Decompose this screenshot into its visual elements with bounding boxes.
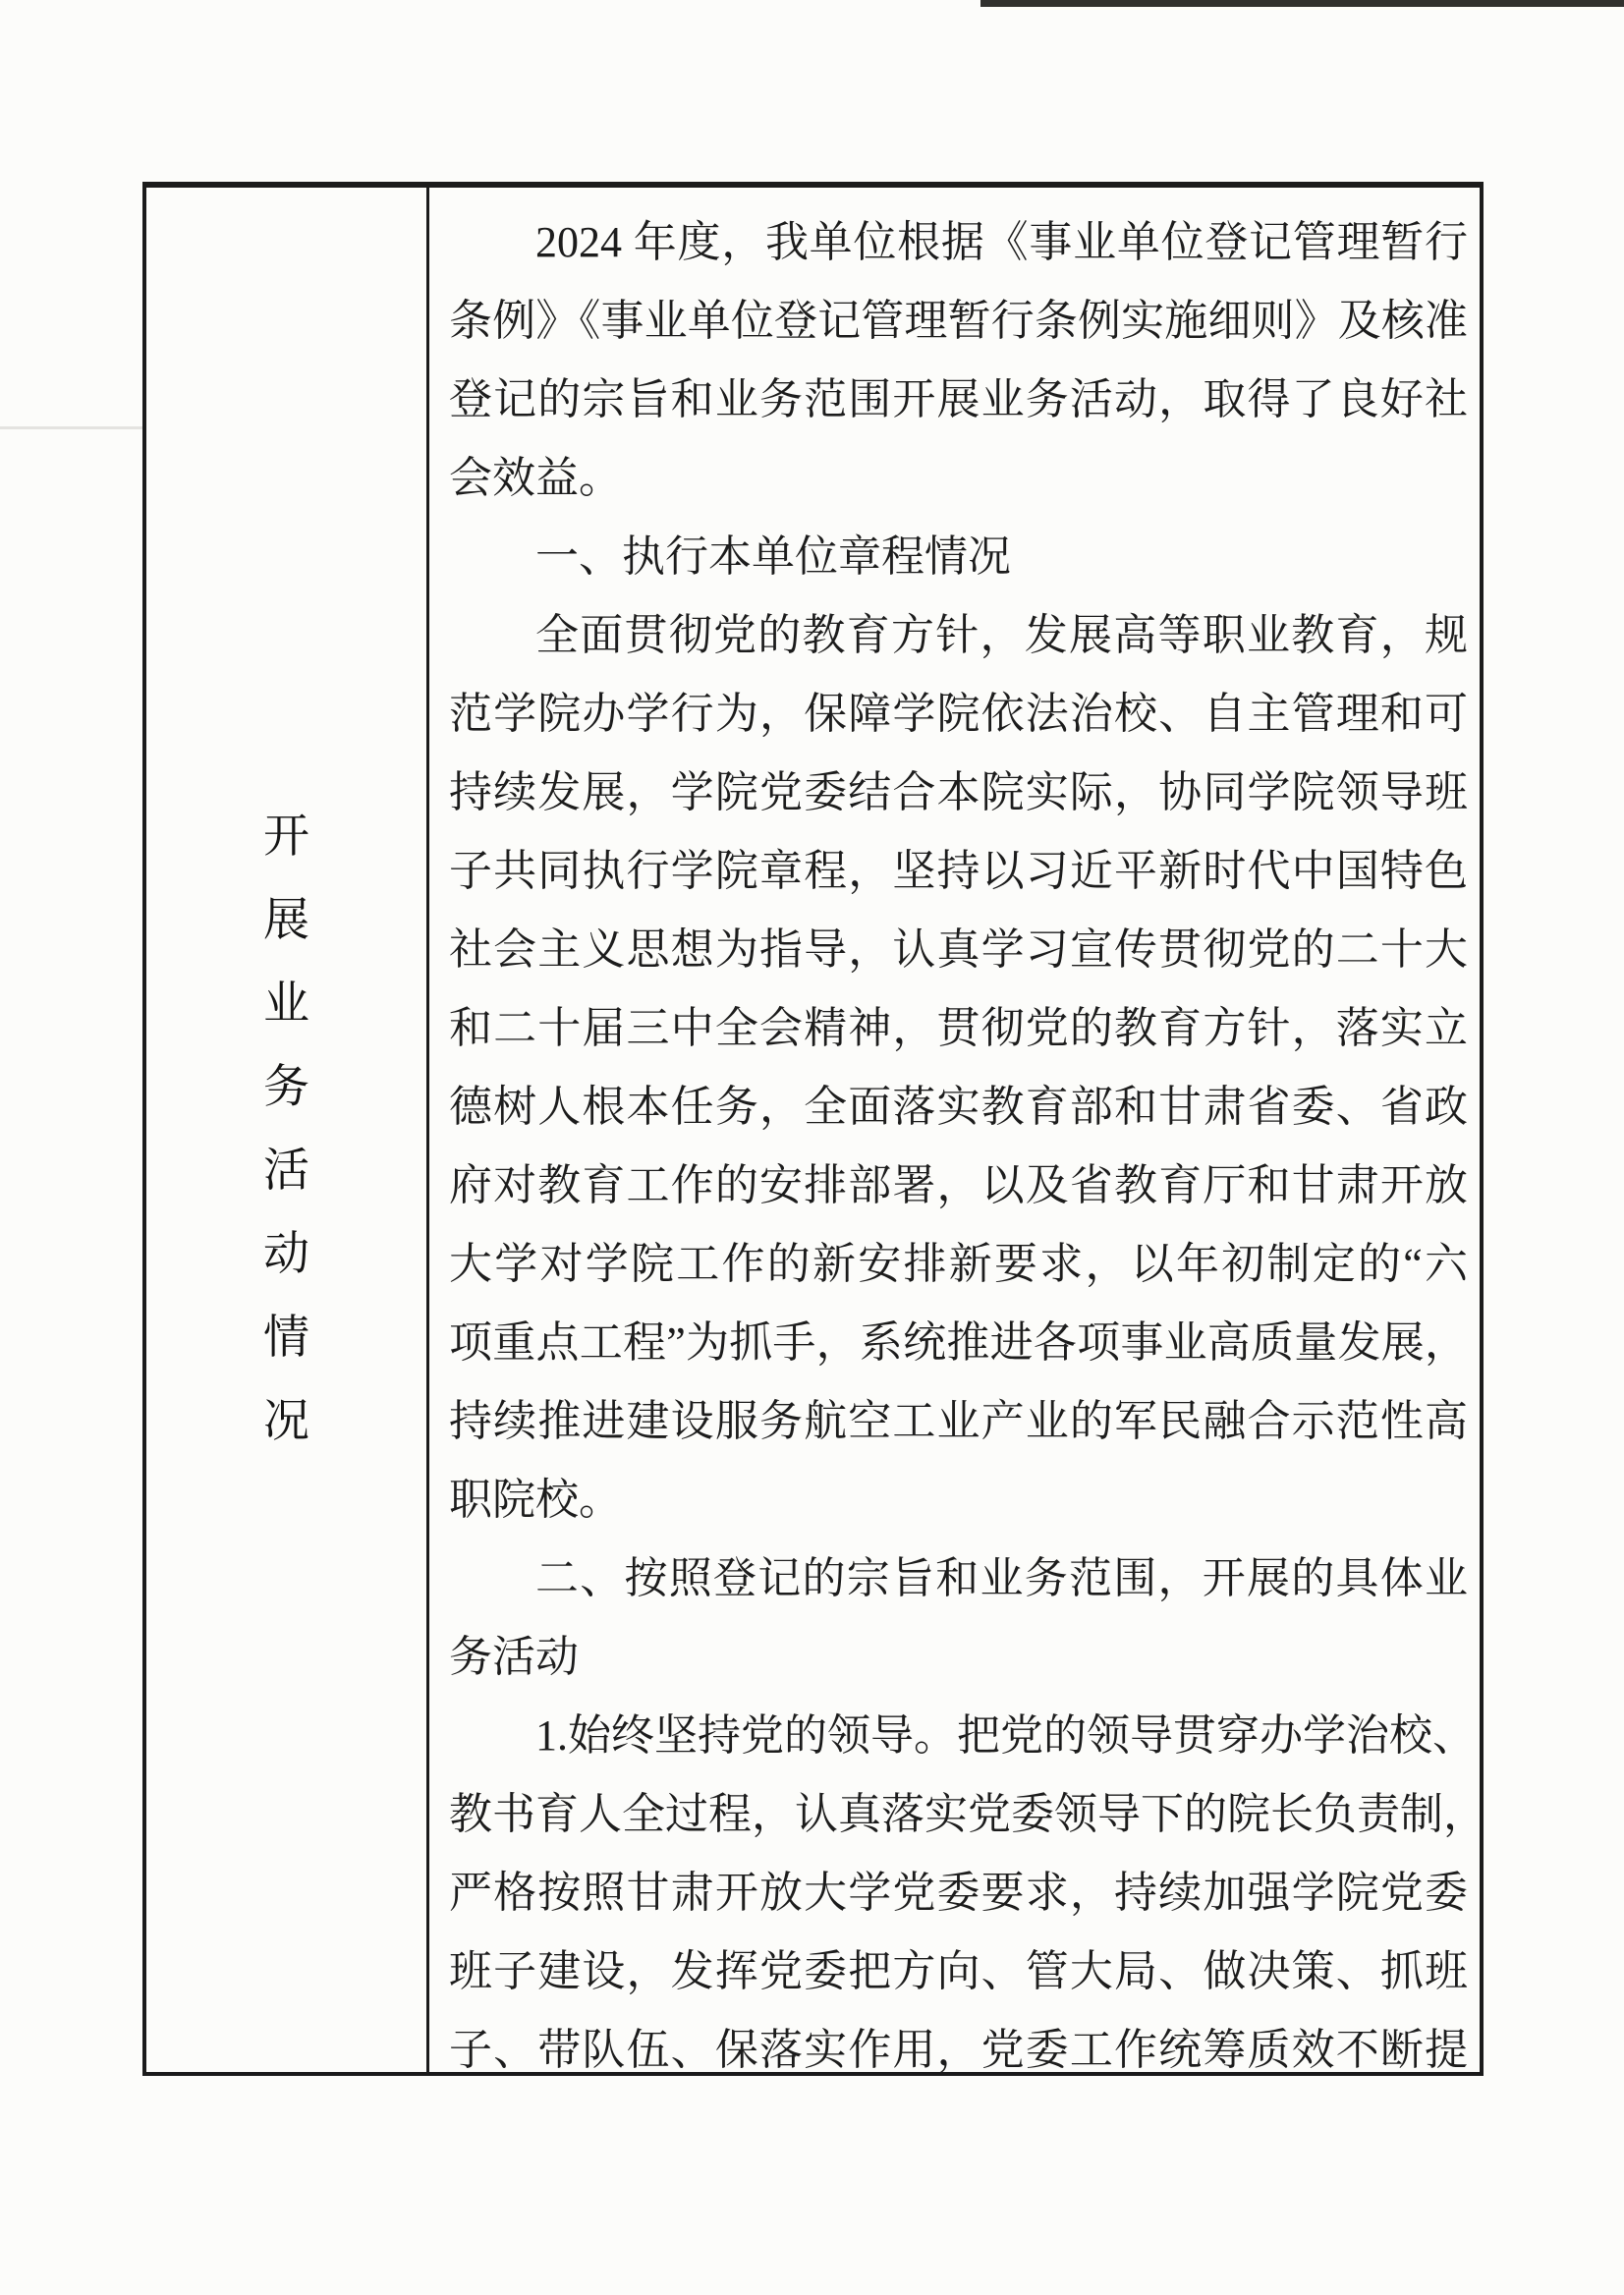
text-line: 会效益。 bbox=[449, 439, 1468, 518]
text-line: 全面贯彻党的教育方针，发展高等职业教育，规 bbox=[449, 596, 1468, 675]
scanned-document-page: 开 展 业 务 活 动 情 况 2024 年度，我单位根据《事业单位登记管理暂行… bbox=[0, 0, 1624, 2295]
text-line: 二、按照登记的宗旨和业务范围，开展的具体业 bbox=[449, 1539, 1468, 1618]
row-header-char: 开 bbox=[263, 814, 309, 861]
report-body-cell: 2024 年度，我单位根据《事业单位登记管理暂行 条例》《事业单位登记管理暂行条… bbox=[429, 188, 1480, 2072]
row-header-char: 情 bbox=[263, 1315, 309, 1362]
row-header-business-activities: 开 展 业 务 活 动 情 况 bbox=[146, 188, 429, 2072]
text-line: 和二十届三中全会精神，贯彻党的教育方针，落实立 bbox=[449, 989, 1468, 1068]
text-line: 班子建设，发挥党委把方向、管大局、做决策、抓班 bbox=[449, 1932, 1468, 2011]
text-line: 范学院办学行为，保障学院依法治校、自主管理和可 bbox=[449, 675, 1468, 754]
text-line: 1.始终坚持党的领导。把党的领导贯穿办学治校、 bbox=[449, 1697, 1468, 1775]
text-line: 条例》《事业单位登记管理暂行条例实施细则》及核准 bbox=[449, 282, 1468, 361]
text-line: 一、执行本单位章程情况 bbox=[449, 518, 1468, 596]
text-line: 子共同执行学院章程，坚持以习近平新时代中国特色 bbox=[449, 832, 1468, 911]
text-line: 2024 年度，我单位根据《事业单位登记管理暂行 bbox=[449, 203, 1468, 282]
row-header-char: 务 bbox=[263, 1065, 309, 1111]
text-line: 持续发展，学院党委结合本院实际，协同学院领导班 bbox=[449, 754, 1468, 832]
scan-streak-artifact bbox=[0, 426, 157, 429]
text-line: 职院校。 bbox=[449, 1461, 1468, 1539]
business-activity-report-table: 开 展 业 务 活 动 情 况 2024 年度，我单位根据《事业单位登记管理暂行… bbox=[142, 182, 1484, 2076]
text-line: 登记的宗旨和业务范围开展业务活动，取得了良好社 bbox=[449, 361, 1468, 439]
text-line: 府对教育工作的安排部署，以及省教育厅和甘肃开放 bbox=[449, 1147, 1468, 1225]
text-line: 严格按照甘肃开放大学党委要求，持续加强学院党委 bbox=[449, 1854, 1468, 1932]
text-line: 务活动 bbox=[449, 1618, 1468, 1697]
row-header-char: 展 bbox=[263, 898, 309, 944]
text-line: 德树人根本任务，全面落实教育部和甘肃省委、省政 bbox=[449, 1068, 1468, 1147]
text-line: 教书育人全过程，认真落实党委领导下的院长负责制， bbox=[449, 1775, 1468, 1854]
row-header-char: 业 bbox=[263, 981, 309, 1028]
text-line: 持续推进建设服务航空工业产业的军民融合示范性高 bbox=[449, 1382, 1468, 1461]
scan-edge-artifact bbox=[980, 0, 1624, 7]
row-header-char: 况 bbox=[263, 1399, 309, 1445]
text-line: 社会主义思想为指导，认真学习宣传贯彻党的二十大 bbox=[449, 911, 1468, 989]
row-header-char: 动 bbox=[263, 1232, 309, 1278]
row-header-char: 活 bbox=[263, 1148, 309, 1195]
text-line: 大学对学院工作的新安排新要求，以年初制定的“六 bbox=[449, 1225, 1468, 1304]
text-line: 子、带队伍、保落实作用，党委工作统筹质效不断提 bbox=[449, 2011, 1468, 2072]
text-line: 项重点工程”为抓手，系统推进各项事业高质量发展， bbox=[449, 1304, 1468, 1382]
